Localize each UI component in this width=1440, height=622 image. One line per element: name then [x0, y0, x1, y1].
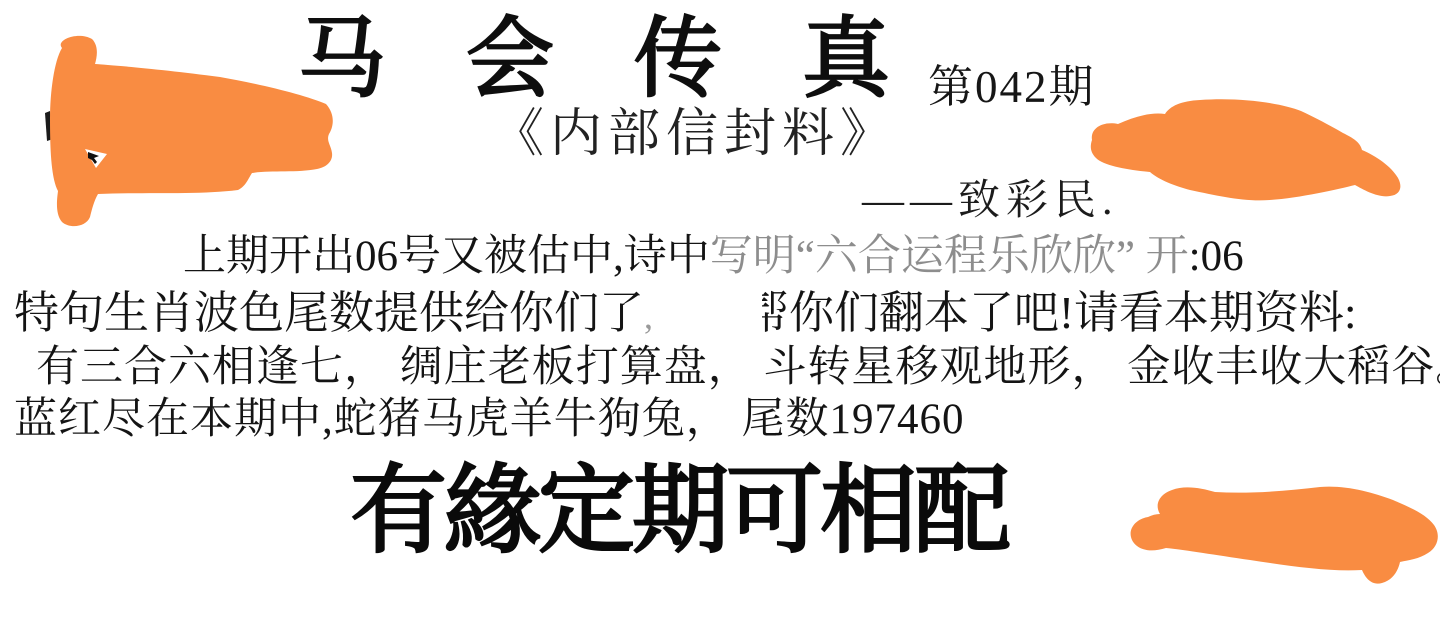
body-line-1-tail: :06 — [1189, 233, 1244, 280]
hint-line: 蓝红尽在本期中,蛇猪马虎羊牛狗兔， 尾数197460 — [14, 396, 965, 444]
body-line-2-right-text: 你们翻本了吧!请看本期资料: — [789, 288, 1357, 338]
page-title: 马会传真 — [298, 12, 970, 111]
partial-covered-char: 帮 — [762, 288, 789, 338]
cursor-notch — [85, 149, 107, 168]
scanned-lottery-fax-page: { "document": { "title": "马会传真", "issue_… — [0, 0, 1440, 622]
body-line-1-lead: 上期开出06号又被估中,诗中 — [183, 233, 710, 280]
body-line-2-left-text: 特句生肖波色尾数提供给你们了 — [14, 288, 644, 338]
body-line-2-right: 帮你们翻本了吧!请看本期资料: — [762, 288, 1357, 338]
mouse-cursor-icon — [88, 152, 99, 164]
subtitle: 《内部信封料》 — [492, 106, 898, 164]
poem-line: 有三合六相逢七， 绸庄老板打算盘， 斗转星移观地形， 金收丰收大稻谷。 — [36, 344, 1440, 392]
orange-scribble-top-left-icon — [50, 36, 333, 226]
body-line-2-left: 特句生肖波色尾数提供给你们了, — [14, 288, 653, 338]
issue-number: 第042期 — [928, 62, 1096, 112]
orange-scribble-bottom-right-icon — [1131, 487, 1438, 584]
body-line-1-faded: 写明“六合运程乐欣欣” 开 — [710, 233, 1189, 280]
black-sliver-mark — [45, 111, 53, 141]
dedication-line: ——致彩民. — [862, 178, 1119, 225]
body-line-2-left-comma: , — [644, 296, 653, 336]
orange-scribble-right-icon — [1091, 99, 1401, 200]
bottom-slogan: 有緣定期可相配 — [350, 458, 1008, 567]
body-line-1: 上期开出06号又被估中,诗中写明“六合运程乐欣欣” 开:06 — [183, 233, 1244, 281]
